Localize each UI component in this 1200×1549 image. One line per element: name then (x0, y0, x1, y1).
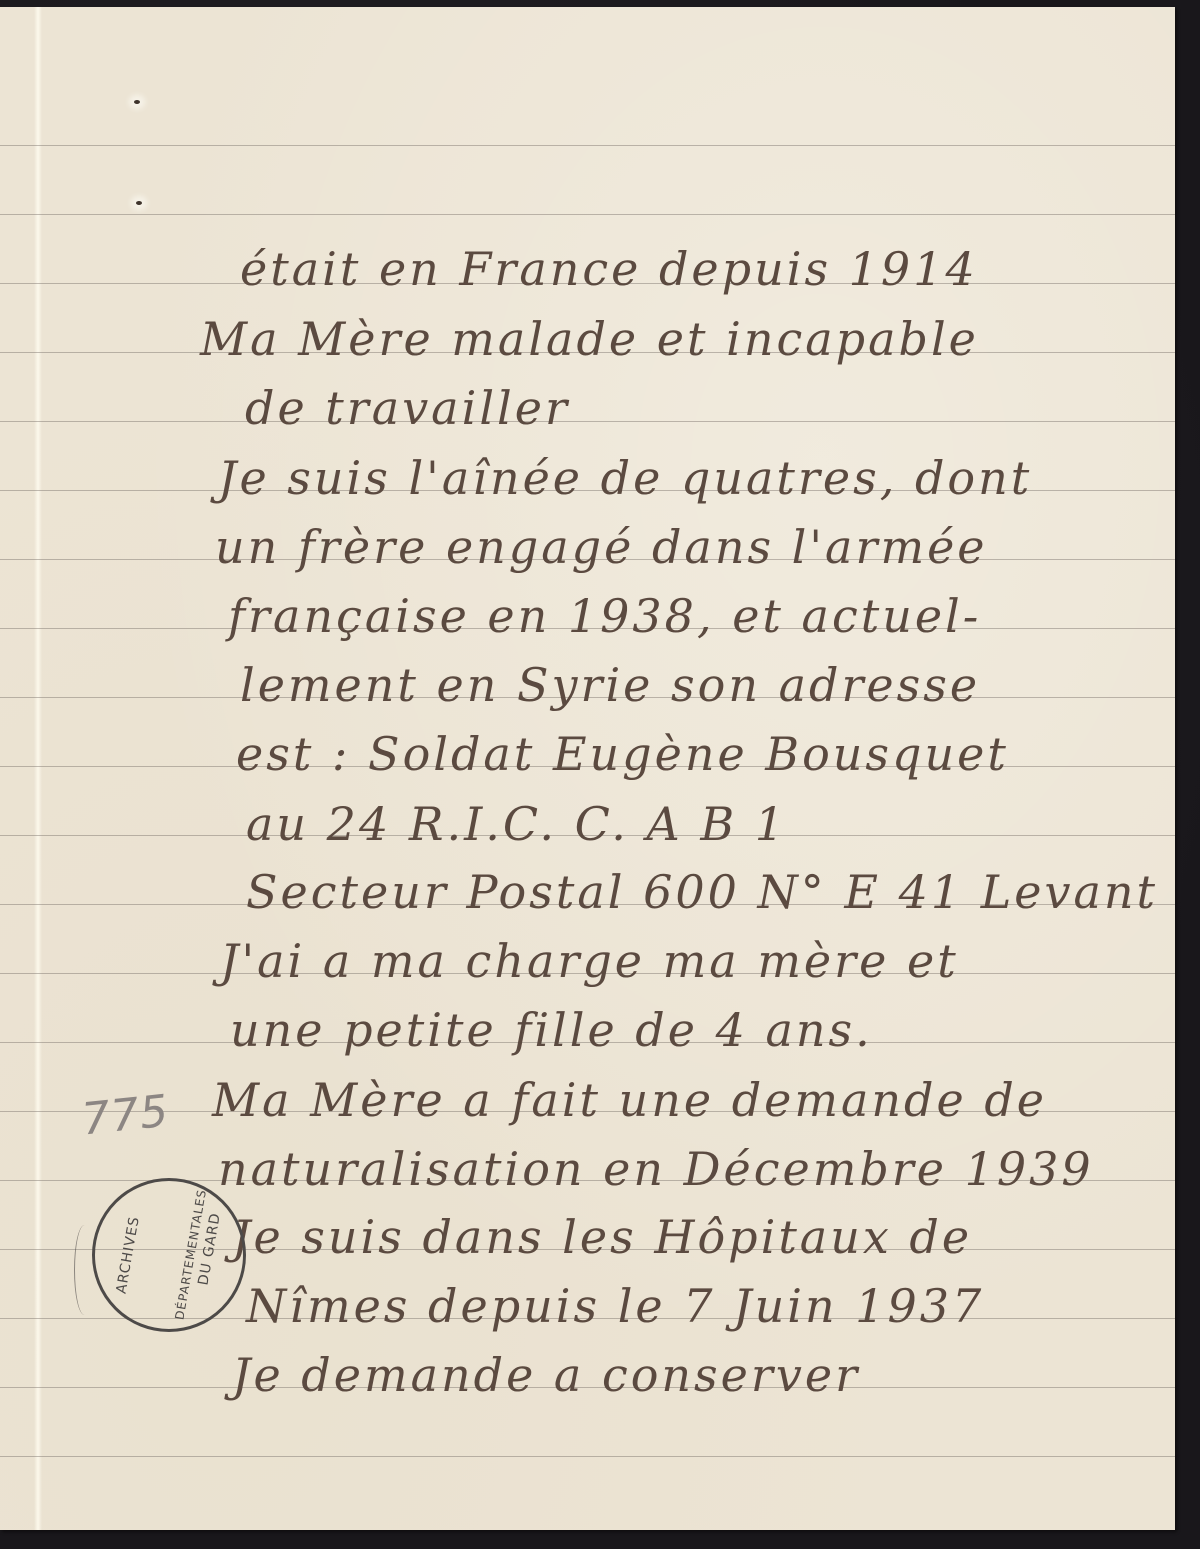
handwritten-line: au 24 R.I.C. C. A B 1 (246, 801, 787, 847)
ruled-line (0, 1456, 1175, 1457)
handwritten-line: Ma Mère a fait une demande de (212, 1077, 1047, 1123)
stamp-text-archives: ARCHIVES (113, 1215, 142, 1295)
margin-annotation: 775 (80, 1086, 172, 1146)
handwritten-line: lement en Syrie son adresse (240, 662, 980, 708)
handwritten-line: une petite fille de 4 ans. (230, 1007, 873, 1053)
handwritten-line: naturalisation en Décembre 1939 (218, 1146, 1094, 1192)
ruled-line (0, 145, 1175, 146)
ruled-line (0, 421, 1175, 422)
handwritten-line: Je demande a conserver (232, 1352, 860, 1398)
archive-stamp: ARCHIVES DÉPARTEMENTALES DU GARD (92, 1178, 246, 1332)
handwritten-line: était en France depuis 1914 (240, 246, 978, 292)
handwritten-line: J'ai a ma charge ma mère et (220, 938, 959, 984)
handwritten-line: Je suis l'aînée de quatres, dont (218, 455, 1032, 501)
staple-hole (136, 201, 142, 205)
handwritten-line: est : Soldat Eugène Bousquet (236, 731, 1009, 777)
handwritten-line: Nîmes depuis le 7 Juin 1937 (246, 1283, 984, 1329)
handwritten-line: française en 1938, et actuel- (228, 593, 981, 639)
ruled-line (0, 214, 1175, 215)
stamp-shadow-arc (74, 1225, 95, 1315)
handwritten-line: un frère engagé dans l'armée (215, 524, 988, 570)
handwritten-line: de travailler (245, 385, 570, 431)
handwritten-line: Ma Mère malade et incapable (200, 316, 979, 362)
handwritten-line: Je suis dans les Hôpitaux de (232, 1214, 972, 1260)
fold-crease (34, 7, 42, 1530)
handwritten-line: Secteur Postal 600 N° E 41 Levant (246, 869, 1158, 915)
staple-hole (134, 100, 140, 104)
